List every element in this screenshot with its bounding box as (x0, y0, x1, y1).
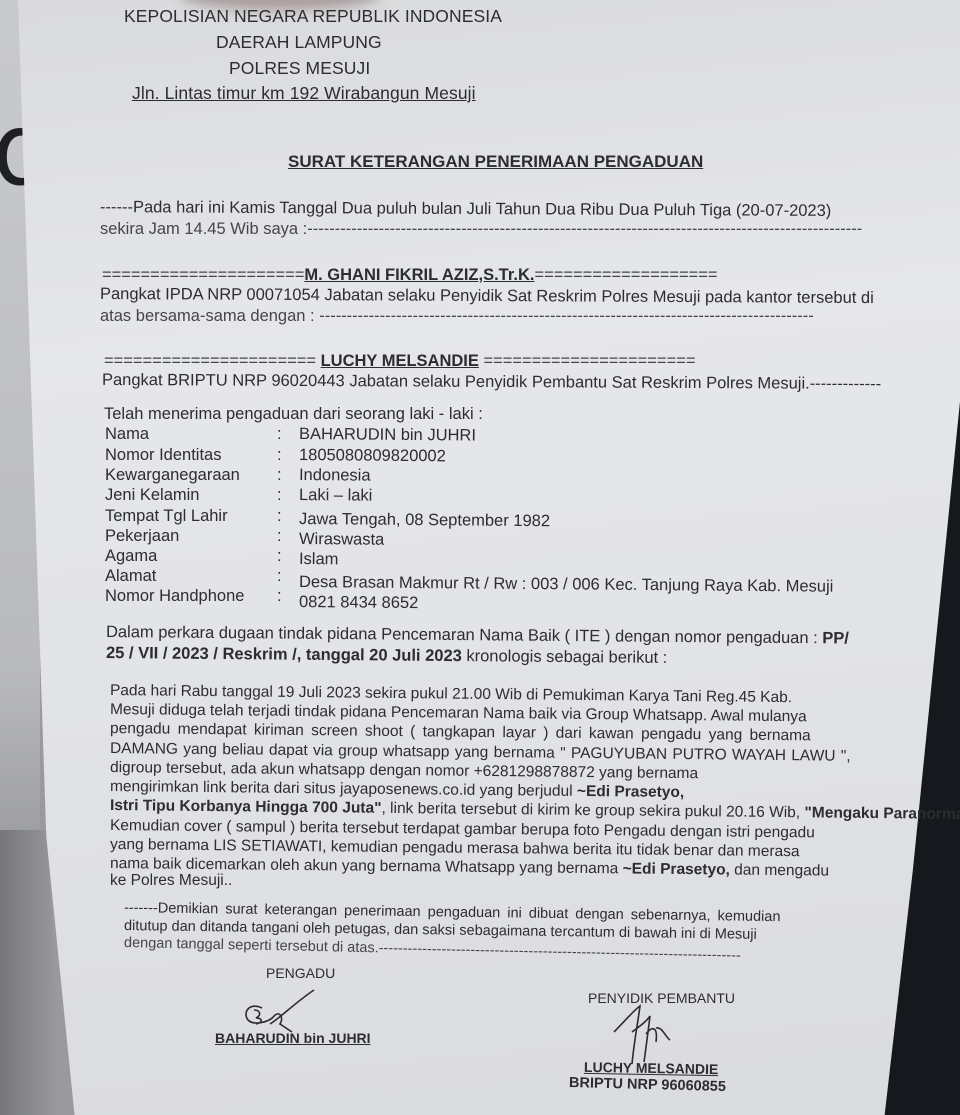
news-title-start: "Mengaku Paranormal, Suami (804, 804, 960, 823)
field-row: Kewarganegaraan:Indonesia (105, 466, 371, 485)
field-value: 1805080809820002 (299, 446, 446, 466)
field-label: Kewarganegaraan (105, 466, 275, 485)
chronology-text: mengirimkan link berita dari situs jayap… (110, 778, 577, 800)
opening-line-2: sekira Jam 14.45 Wib saya :-------------… (100, 220, 912, 239)
field-value: Indonesia (299, 466, 371, 486)
field-label: Pekerjaan (105, 527, 275, 546)
complainant-signatory-name: BAHARUDIN bin JUHRI (215, 1030, 371, 1046)
investigator-signatory-name: LUCHY MELSANDIE (584, 1059, 719, 1077)
case-number: 25 / VII / 2023 / Reskrim /, tanggal 20 … (106, 644, 462, 665)
chronology-text: , link berita tersebut di kirim ke group… (381, 800, 800, 821)
field-label: Nomor Identitas (105, 446, 275, 465)
account-name: ~Edi Prasetyo, (577, 783, 684, 801)
officer2-heading: ====================== LUCHY MELSANDIE =… (104, 352, 892, 371)
officer1-name: M. GHANI FIKRIL AZIZ,S.Tr.K. (304, 266, 534, 284)
field-row: Nomor Handphone:0821 8434 8652 (105, 587, 418, 606)
investigator-nrp: BRIPTU NRP 96060855 (569, 1075, 726, 1095)
officer1-eq-right: =================== (534, 266, 717, 284)
chronology-text: dan mengadu (730, 861, 829, 879)
field-row: Pekerjaan:Wiraswasta (105, 527, 384, 546)
field-label: Agama (105, 547, 275, 566)
letterhead-line-1: KEPOLISIAN NEGARA REPUBLIK INDONESIA (124, 6, 502, 27)
field-colon: : (275, 587, 299, 606)
field-row: Nama:BAHARUDIN bin JUHRI (105, 425, 476, 444)
officer2-eq-right: ====================== (483, 352, 695, 370)
field-colon: : (275, 425, 299, 444)
field-row: Agama:Islam (105, 547, 338, 566)
complainant-intro: Telah menerima pengaduan dari seorang la… (104, 405, 483, 424)
field-colon: : (275, 466, 299, 485)
field-colon: : (275, 507, 299, 526)
field-colon: : (275, 547, 299, 566)
officer1-heading: =====================M. GHANI FIKRIL AZI… (102, 266, 908, 285)
field-row: Alamat:Desa Brasan Makmur Rt / Rw : 003 … (105, 567, 833, 586)
news-title-end: Istri Tipu Korbanya Hingga 700 Juta" (110, 797, 382, 817)
opening-line-1: ------Pada hari ini Kamis Tanggal Dua pu… (100, 198, 831, 221)
field-colon: : (275, 567, 299, 586)
field-row: Nomor Identitas:1805080809820002 (105, 446, 446, 465)
case-number-prefix: PP/ (822, 629, 849, 647)
officer1-eq-left: ===================== (102, 266, 304, 284)
chronology-line: ke Polres Mesuji.. (110, 872, 232, 890)
field-label: Alamat (105, 567, 275, 586)
letterhead-line-2: DAERAH LAMPUNG (216, 32, 382, 53)
officer2-desc-1: Pangkat BRIPTU NRP 96020443 Jabatan sela… (102, 371, 897, 394)
document-title: SURAT KETERANGAN PENERIMAAN PENGADUAN (288, 152, 703, 172)
field-colon: : (275, 446, 299, 465)
letterhead-line-3: POLRES MESUJI (229, 58, 370, 79)
document: KEPOLISIAN NEGARA REPUBLIK INDONESIA DAE… (0, 0, 960, 1115)
field-colon: : (275, 486, 299, 505)
account-name: ~Edi Prasetyo, (623, 860, 730, 878)
field-value: BAHARUDIN bin JUHRI (299, 425, 476, 446)
case-line-2: 25 / VII / 2023 / Reskrim /, tanggal 20 … (106, 644, 667, 668)
officer2-name: LUCHY MELSANDIE (321, 352, 479, 370)
case-text-rest: kronologis sebagai berikut : (462, 647, 668, 667)
field-row: Jeni Kelamin:Laki – laki (105, 486, 372, 505)
field-colon: : (275, 527, 299, 546)
field-label: Jeni Kelamin (105, 486, 275, 505)
letterhead-address: Jln. Lintas timur km 192 Wirabangun Mesu… (132, 83, 476, 104)
field-value: 0821 8434 8652 (299, 593, 418, 613)
case-text: Dalam perkara dugaan tindak pidana Pence… (106, 623, 822, 647)
field-label: Nama (105, 425, 275, 444)
officer1-desc-1: Pangkat IPDA NRP 00071054 Jabatan selaku… (100, 285, 874, 308)
field-label: Nomor Handphone (105, 587, 275, 606)
field-label: Tempat Tgl Lahir (105, 507, 275, 526)
complainant-role: PENGADU (266, 965, 335, 981)
officer2-eq-left: ====================== (104, 352, 316, 370)
field-row: Tempat Tgl Lahir:Jawa Tengah, 08 Septemb… (105, 507, 550, 526)
officer1-desc-2: atas bersama-sama dengan : -------------… (100, 307, 906, 326)
field-value: Laki – laki (299, 486, 373, 506)
